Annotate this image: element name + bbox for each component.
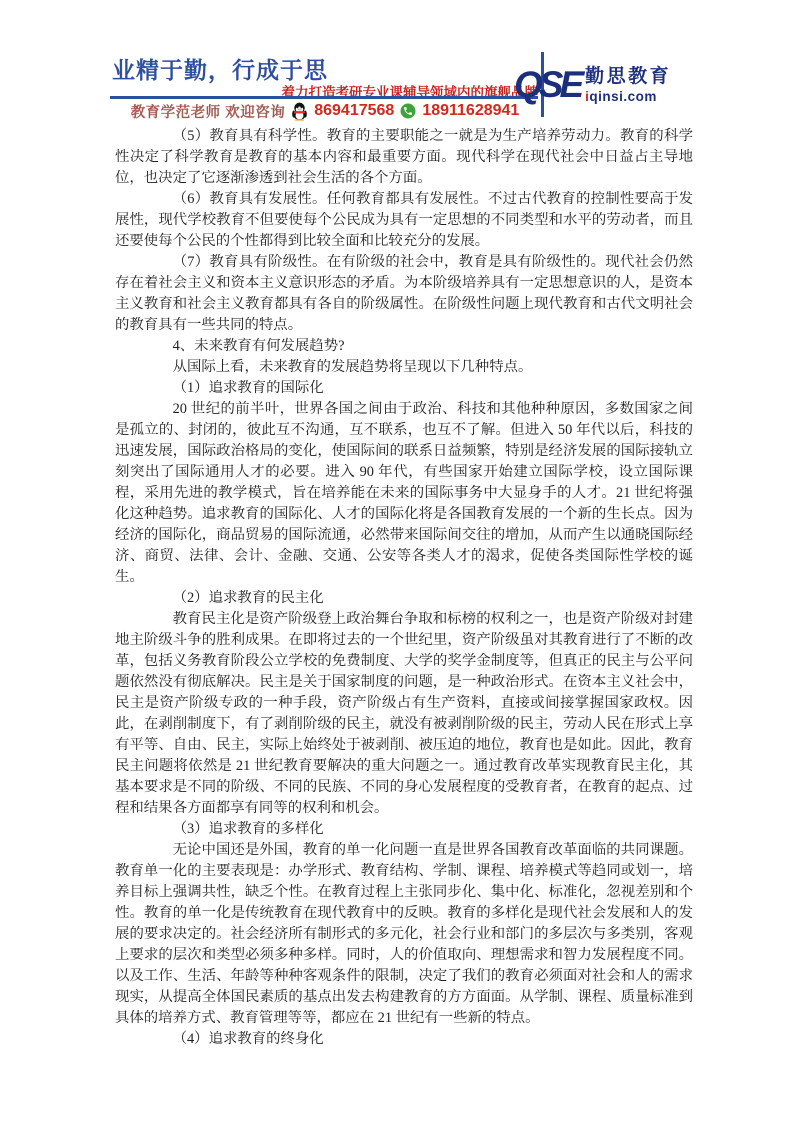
logo-text-block: 勤思教育 iqinsi.com (585, 65, 671, 105)
paragraph: 20 世纪的前半叶，世界各国之间由于政治、科技和其他种种原因，多数国家之间是孤立… (115, 399, 693, 588)
paragraph: （2）追求教育的民主化 (115, 588, 693, 609)
paragraph: （3）追求教育的多样化 (115, 819, 693, 840)
paragraph: （6）教育具有发展性。任何教育都具有发展性。不过古代教育的控制性要高于发展性，现… (115, 189, 693, 252)
qq-penguin-icon (291, 102, 308, 121)
paragraph: （7）教育具有阶级性。在有阶级的社会中，教育是具有阶级性的。现代社会仍然存在着社… (115, 252, 693, 336)
phone-icon (400, 103, 416, 119)
brand-logo: QSE 勤思教育 iqinsi.com (514, 56, 671, 114)
qq-number: 869417568 (314, 102, 394, 120)
brand-domain: iqinsi.com (585, 89, 671, 105)
paragraph: 无论中国还是外国，教育的单一化问题一直是世界各国教育改革面临的共同课题。教育单一… (115, 840, 693, 1029)
document-page: 业精于勤，行成于思 着力打造考研专业课辅导领域内的旗舰品牌 教育学范老师 欢迎咨… (0, 0, 793, 1122)
paragraph: （1）追求教育的国际化 (115, 378, 693, 399)
paragraph: 从国际上看，未来教育的发展趋势将呈现以下几种特点。 (115, 357, 693, 378)
contact-label: 教育学范老师 欢迎咨询 (131, 101, 286, 122)
brand-domain-rest: qinsi.com (589, 89, 657, 104)
paragraph: 4、未来教育有何发展趋势? (115, 336, 693, 357)
brand-name: 勤思教育 (585, 65, 671, 89)
paragraph: （4）追求教育的终身化 (115, 1029, 693, 1050)
paragraph: （5）教育具有科学性。教育的主要职能之一就是为生产培养劳动力。教育的科学性决定了… (115, 126, 693, 189)
phone-number: 18911628941 (422, 102, 519, 120)
qse-logo-icon: QSE (514, 58, 580, 112)
paragraph: 教育民主化是资产阶级登上政治舞台争取和标榜的权利之一，也是资产阶级对封建地主阶级… (115, 609, 693, 819)
header-divider (110, 96, 538, 99)
document-body: （5）教育具有科学性。教育的主要职能之一就是为生产培养劳动力。教育的科学性决定了… (115, 126, 693, 1050)
contact-line: 教育学范老师 欢迎咨询 869417568 (112, 100, 538, 122)
